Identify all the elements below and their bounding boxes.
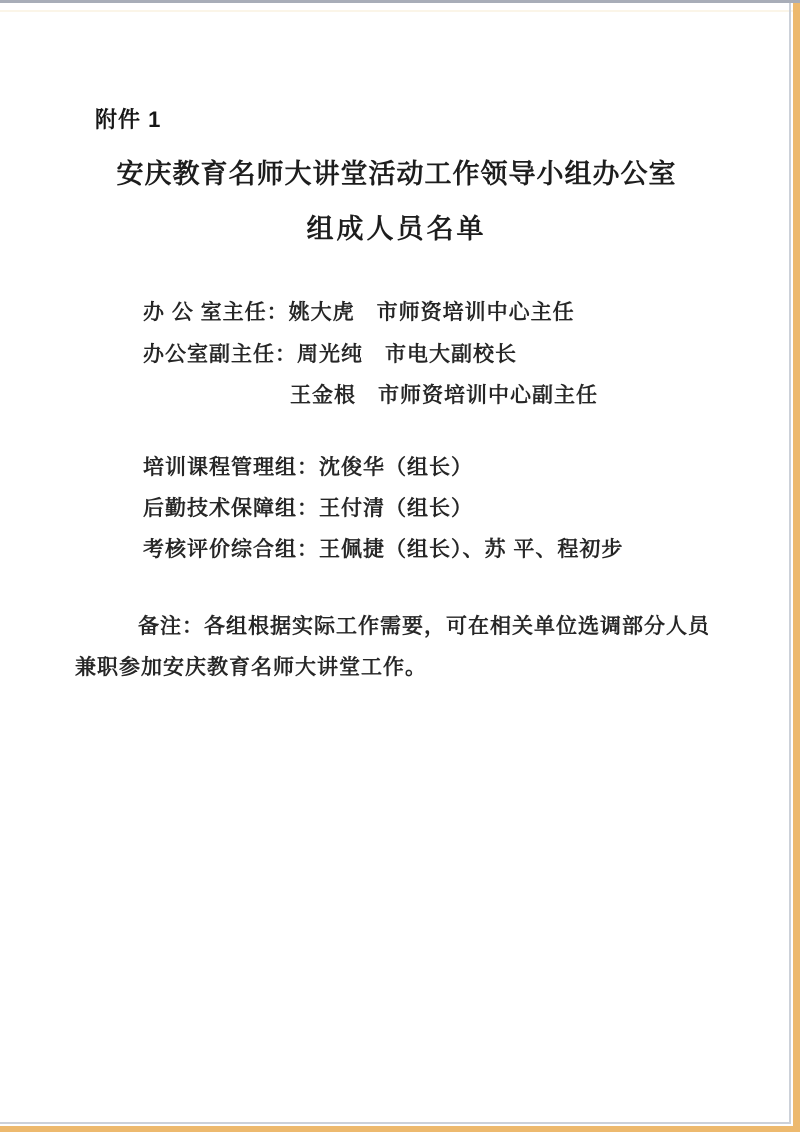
office-deputy-line: 办公室副主任：周光纯 市电大副校长	[143, 338, 517, 368]
group-line-evaluation: 考核评价综合组：王佩捷（组长）、苏 平、程初步	[143, 533, 623, 563]
group-line-logistics-support: 后勤技术保障组：王付清（组长）	[143, 492, 473, 522]
page-border-bottom	[0, 1122, 791, 1124]
page-top-edge-line	[0, 10, 800, 12]
document-title-line1: 安庆教育名师大讲堂活动工作领导小组办公室	[0, 152, 793, 191]
document-viewer: { "document": { "attachment_label": "附件 …	[0, 0, 800, 1132]
viewer-background-right-edge	[793, 3, 800, 1132]
office-director-line: 办 公 室主任：姚大虎 市师资培训中心主任	[143, 296, 575, 326]
window-top-bar	[0, 0, 800, 3]
attachment-label: 附件 1	[95, 103, 161, 134]
note-line1: 备注：各组根据实际工作需要，可在相关单位选调部分人员	[138, 610, 710, 640]
group-line-training-courses: 培训课程管理组：沈俊华（组长）	[143, 451, 473, 481]
office-deputy-continuation-line: 王金根 市师资培训中心副主任	[290, 379, 598, 409]
viewer-background-bottom-edge	[0, 1126, 800, 1132]
document-title-line2: 组成人员名单	[0, 207, 793, 246]
note-line2: 兼职参加安庆教育名师大讲堂工作。	[75, 651, 427, 681]
